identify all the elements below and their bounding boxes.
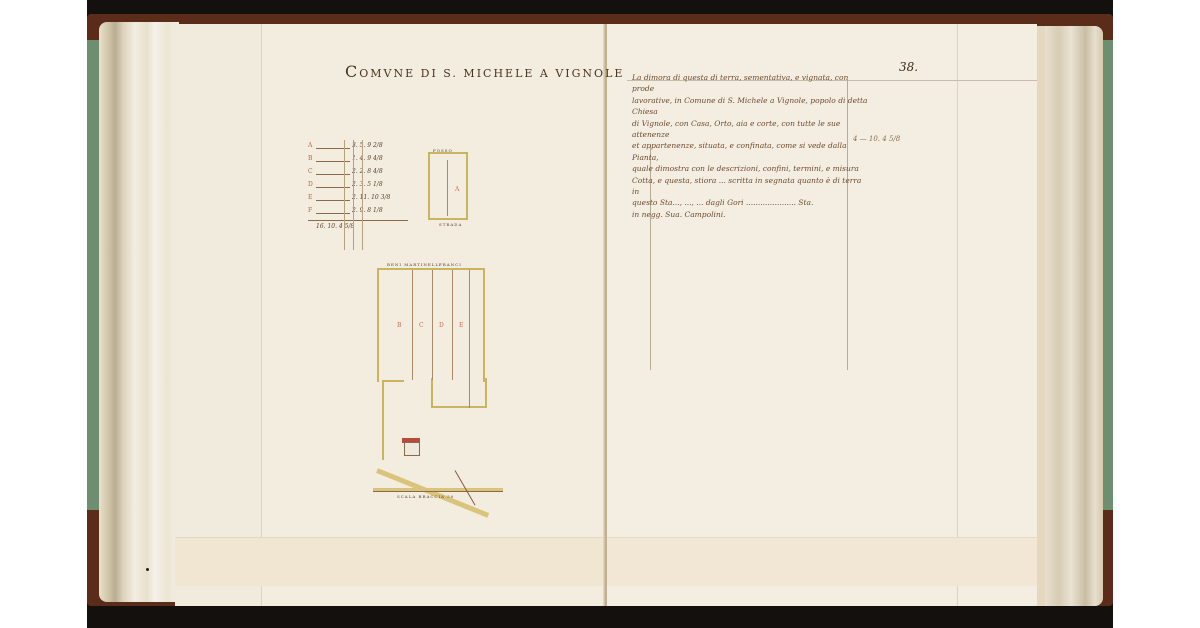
row-label: F — [308, 207, 312, 214]
text-line: questo Sta..., ..., ... dagli Gori .....… — [632, 197, 868, 208]
right-page-bottom-band — [607, 537, 1037, 586]
map-label: BENI MARTINELLI — [387, 262, 442, 267]
large-parcel-map-lower-left — [382, 380, 404, 460]
table-row: F 2. 9. 8 1/8 — [308, 207, 408, 220]
row-values: 3. 5. 9 2/8 — [352, 142, 383, 149]
table-column-rule — [353, 140, 354, 250]
row-values: 2. 11. 10 3/8 — [352, 194, 390, 201]
text-line: et appartenenze, situata, e confinata, c… — [632, 140, 868, 163]
title-initial: C — [345, 62, 359, 81]
row-label: C — [308, 168, 313, 175]
parcel-letter: C — [419, 322, 424, 329]
page-number: 38. — [899, 60, 918, 74]
row-values: 2. 2. 8 4/8 — [352, 168, 383, 175]
table-row: D 2. 3. 5 1/8 — [308, 181, 408, 194]
church-building-icon — [404, 442, 420, 456]
text-line: Cotta, e questa, stiora ... scritta in s… — [632, 175, 868, 198]
text-line: in negg. Sua. Campolini. — [632, 209, 868, 220]
parcel-letter: D — [439, 322, 444, 329]
text-line: quale dimostra con le descrizioni, confi… — [632, 163, 868, 174]
row-label: A — [308, 142, 312, 149]
table-row: C 2. 2. 8 4/8 — [308, 168, 408, 181]
text-line: di Vignole, con Casa, Orto, aia e corte,… — [632, 118, 868, 141]
row-label: B — [308, 155, 312, 162]
page-title: COMVNE DI S. MICHELE A VIGNOLE — [345, 62, 585, 81]
handwritten-description: La dimora di questa di terra, sementativ… — [632, 72, 868, 220]
large-parcel-map-lower-right — [431, 378, 487, 408]
title-text: OMVNE DI S. MICHELE A VIGNOLE — [359, 67, 624, 80]
map-label: FRANCI — [439, 262, 462, 267]
row-values: 2. 9. 8 1/8 — [352, 207, 383, 214]
parcel-letter: A — [455, 186, 459, 193]
parcel-letter: B — [397, 322, 401, 329]
table-row: E 2. 11. 10 3/8 — [308, 194, 408, 207]
left-page-bottom-band — [175, 537, 607, 586]
table-row: A 3. 5. 9 2/8 — [308, 142, 408, 155]
parcel-division — [452, 270, 453, 380]
parcel-letter: E — [459, 322, 463, 329]
parcel-division — [447, 160, 448, 216]
page-stack-left — [99, 22, 179, 602]
row-label: E — [308, 194, 312, 201]
table-total-row: 16. 10. 4 5/8 — [308, 220, 408, 236]
right-page-edge — [1037, 26, 1045, 606]
page-mark — [146, 568, 149, 571]
text-line: La dimora di questa di terra, sementativ… — [632, 72, 868, 95]
small-parcel-map — [428, 152, 468, 220]
table-row: B 1. 4. 9 4/8 — [308, 155, 408, 168]
parcel-division — [469, 270, 470, 408]
green-endpaper-right — [1103, 40, 1113, 510]
parcel-division — [432, 270, 433, 380]
table-column-rule — [362, 140, 363, 250]
map-label: FOSSO — [433, 148, 453, 153]
scale-label: SCALA BRACCIA 50 — [397, 494, 454, 499]
table-column-rule — [344, 140, 345, 250]
text-line: lavorative, in Comune di S. Michele a Vi… — [632, 95, 868, 118]
right-page-fold-line — [957, 24, 958, 606]
scale-bar — [373, 488, 503, 492]
row-label: D — [308, 181, 313, 188]
area-table: A 3. 5. 9 2/8 B 1. 4. 9 4/8 C 2. 2. 8 4/… — [308, 142, 408, 236]
row-values: 1. 4. 9 4/8 — [352, 155, 383, 162]
area-amount: 4 — 10. 4 5/8 — [853, 135, 900, 143]
left-page-fold-line — [261, 24, 262, 606]
parcel-division — [412, 270, 413, 380]
total-values: 16. 10. 4 5/8 — [316, 223, 354, 230]
row-values: 2. 3. 5 1/8 — [352, 181, 383, 188]
book-photo: COMVNE DI S. MICHELE A VIGNOLE A 3. 5. 9… — [87, 0, 1113, 628]
map-label: STRADA — [439, 222, 462, 227]
